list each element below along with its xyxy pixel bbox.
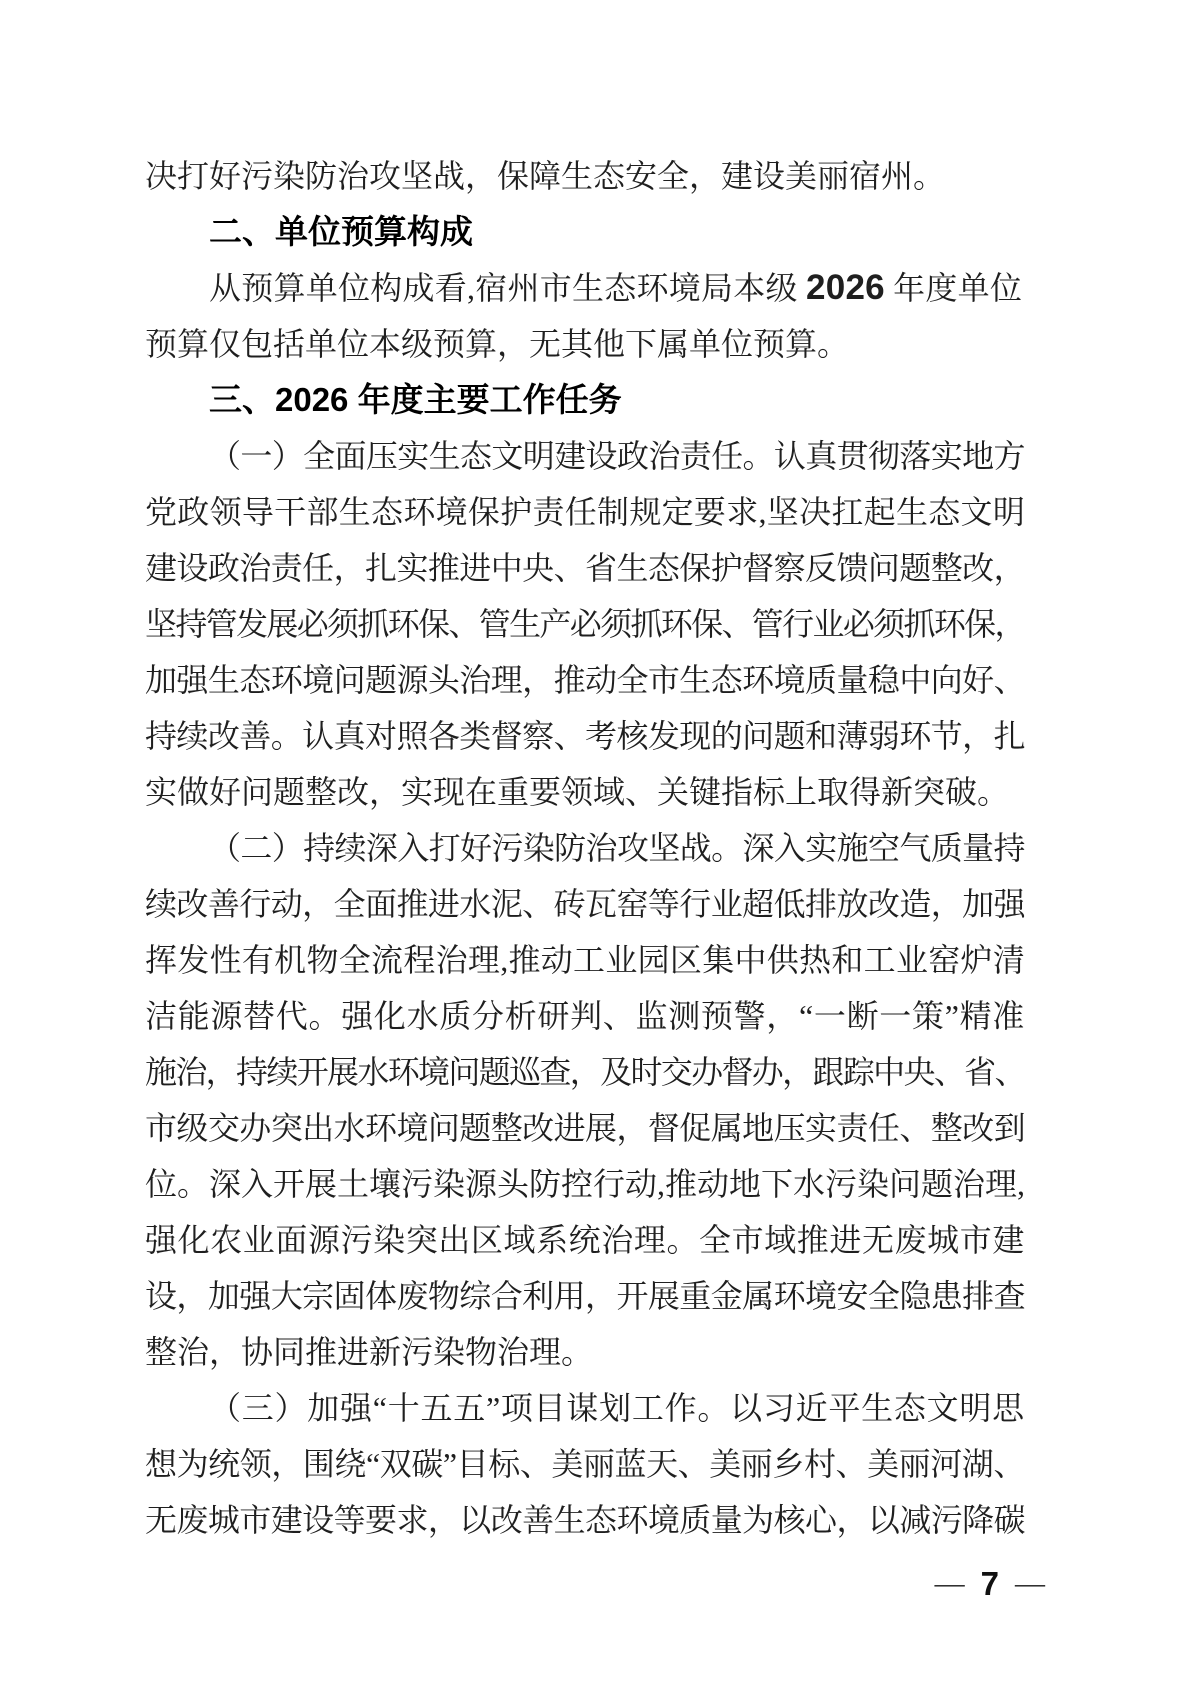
text-line: 市级交办突出水环境问题整改进展，督促属地压实责任、整改到 — [145, 1100, 1025, 1156]
text-line: 整治，协同推进新污染物治理。 — [145, 1324, 1025, 1380]
paragraph-first-line: （二）持续深入打好污染防治攻坚战。深入实施空气质量持 — [145, 820, 1025, 876]
text-line: 建设政治责任，扎实推进中央、省生态保护督察反馈问题整改， — [145, 540, 1025, 596]
page-number: 7 — [981, 1563, 999, 1605]
section-heading-2: 二、单位预算构成 — [145, 204, 1025, 260]
text-line: 续改善行动，全面推进水泥、砖瓦窑等行业超低排放改造，加强 — [145, 876, 1025, 932]
line-segment: 从预算单位构成看,宿州市生态环境局本级 — [209, 270, 806, 306]
text-line: 无废城市建设等要求，以改善生态环境质量为核心，以减污降碳 — [145, 1492, 1025, 1548]
page-footer: — 7 — — [935, 1563, 1045, 1605]
text-line: 想为统领，围绕“双碳”目标、美丽蓝天、美丽乡村、美丽河湖、 — [145, 1436, 1025, 1492]
paragraph-first-line: （三）加强“十五五”项目谋划工作。以习近平生态文明思 — [145, 1380, 1025, 1436]
text-line: 挥发性有机物全流程治理,推动工业园区集中供热和工业窑炉清 — [145, 932, 1025, 988]
footer-right-dash: — — [1015, 1565, 1045, 1603]
text-line: 位。深入开展土壤污染源头防控行动,推动地下水污染问题治理, — [145, 1156, 1025, 1212]
text-line: 洁能源替代。强化水质分析研判、监测预警，“一断一策”精准 — [145, 988, 1025, 1044]
text-line: 设，加强大宗固体废物综合利用，开展重金属环境安全隐患排查 — [145, 1268, 1025, 1324]
text-line: 坚持管发展必须抓环保、管生产必须抓环保、管行业必须抓环保， — [145, 596, 1025, 652]
text-line: 加强生态环境问题源头治理，推动全市生态环境质量稳中向好、 — [145, 652, 1025, 708]
text-line: 从预算单位构成看,宿州市生态环境局本级 2026 年度单位 — [145, 260, 1025, 316]
year-number: 2026 — [806, 268, 885, 307]
paragraph-first-line: （一）全面压实生态文明建设政治责任。认真贯彻落实地方 — [145, 428, 1025, 484]
text-line: 决打好污染防治攻坚战，保障生态安全，建设美丽宿州。 — [145, 148, 1025, 204]
text-line: 持续改善。认真对照各类督察、考核发现的问题和薄弱环节，扎 — [145, 708, 1025, 764]
text-line: 预算仅包括单位本级预算，无其他下属单位预算。 — [145, 316, 1025, 372]
section-heading-3: 三、2026 年度主要工作任务 — [145, 372, 1025, 428]
text-line: 施治，持续开展水环境问题巡查，及时交办督办，跟踪中央、省、 — [145, 1044, 1025, 1100]
text-line: 实做好问题整改，实现在重要领域、关键指标上取得新突破。 — [145, 764, 1025, 820]
line-segment: 年度单位 — [885, 270, 1022, 306]
document-page: 决打好污染防治攻坚战，保障生态安全，建设美丽宿州。 二、单位预算构成 从预算单位… — [0, 0, 1190, 1683]
text-line: 强化农业面源污染突出区域系统治理。全市域推进无废城市建 — [145, 1212, 1025, 1268]
footer-left-dash: — — [935, 1565, 965, 1603]
text-line: 党政领导干部生态环境保护责任制规定要求,坚决扛起生态文明 — [145, 484, 1025, 540]
document-body: 决打好污染防治攻坚战，保障生态安全，建设美丽宿州。 二、单位预算构成 从预算单位… — [145, 148, 1025, 1548]
